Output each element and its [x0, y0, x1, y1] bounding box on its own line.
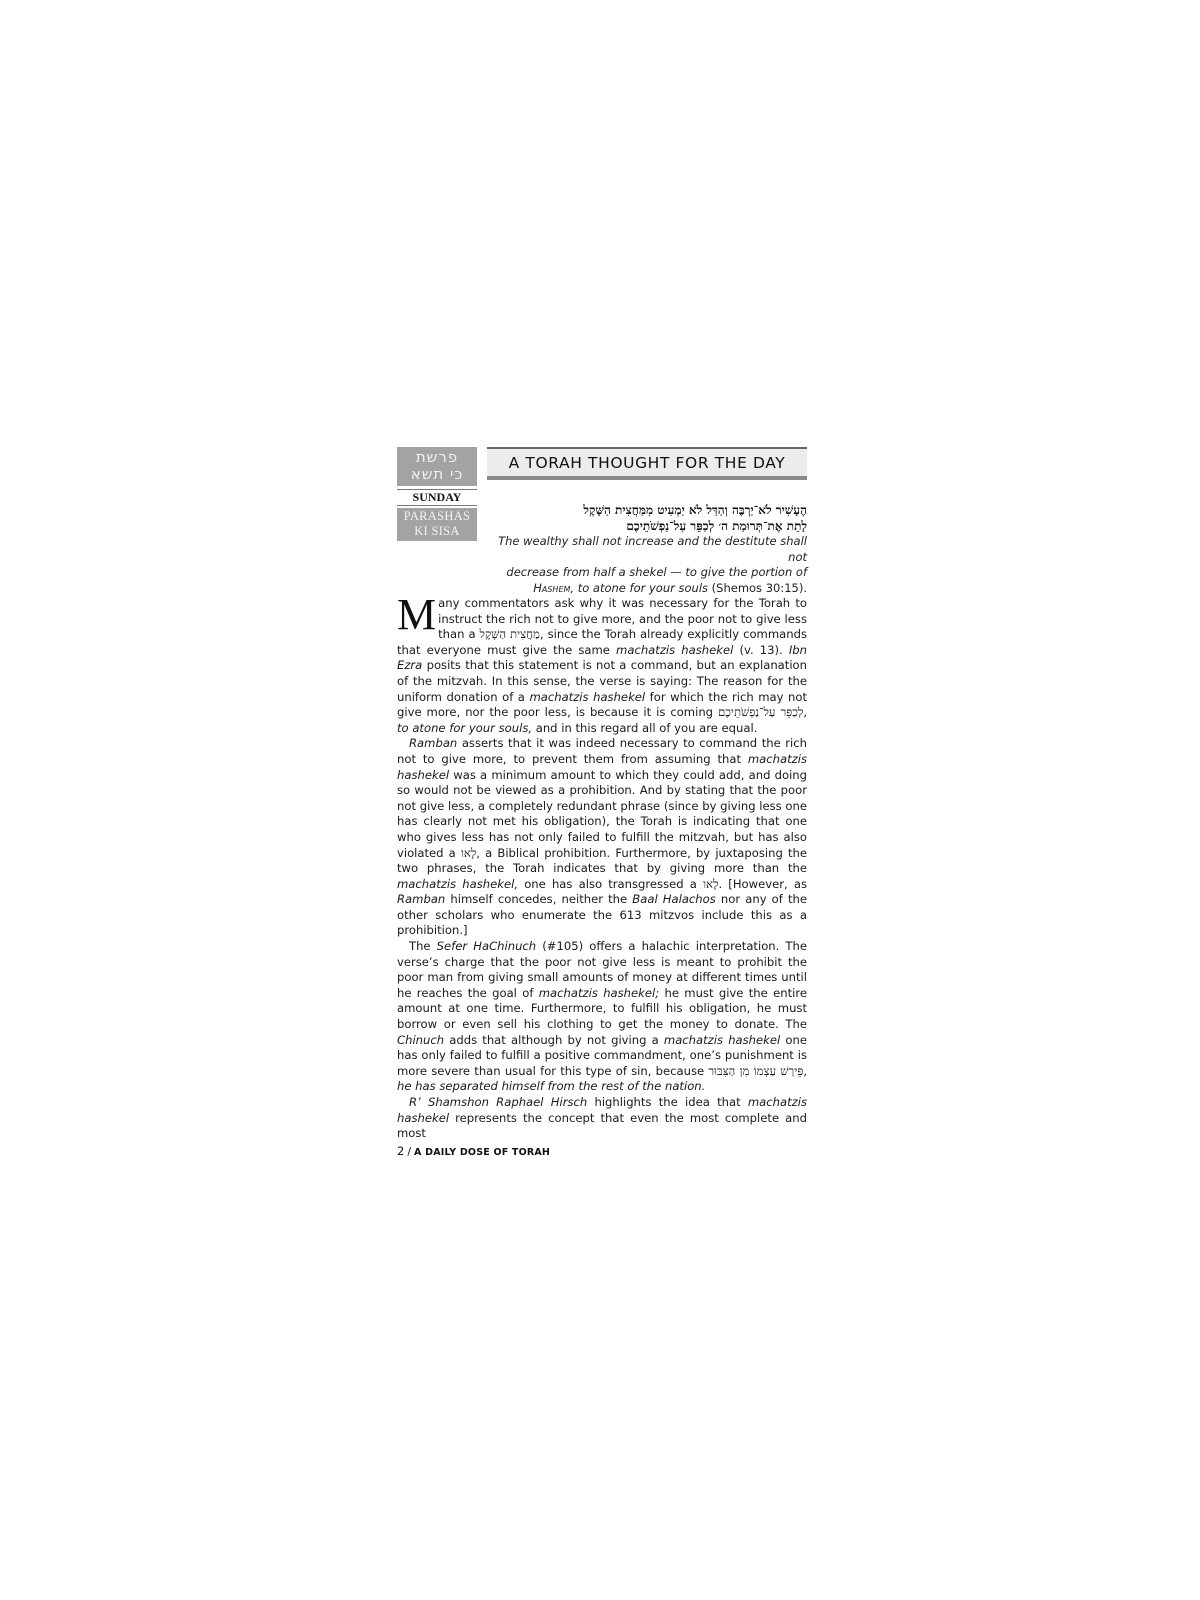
divider	[397, 505, 477, 506]
verse-translation: The wealthy shall not increase and the d…	[487, 534, 807, 596]
page-footer: 2/A DAILY DOSE OF TORAH	[397, 1144, 550, 1158]
section-header: A TORAH THOUGHT FOR THE DAY	[487, 447, 807, 480]
translation-line-1: The wealthy shall not increase and the d…	[487, 534, 807, 565]
hebrew-line-1: פרשת	[397, 449, 477, 466]
text-run: . [However, as	[718, 877, 807, 891]
italic-term: machatzis hashekel	[664, 1033, 780, 1047]
hebrew-phrase: לָאו	[461, 846, 476, 860]
parasha-english-label: PARASHAS KI SISA	[397, 508, 477, 541]
hebrew-phrase: מַחֲצִית הַשָּׁקֶל	[480, 627, 540, 641]
verse-citation: (Shemos 30:15).	[712, 581, 807, 595]
text-run: ,	[803, 705, 807, 719]
verse-block: הֶעָשִׁיר לֹא־יַרְבֶּה וְהַדַּל לֹא יַמְ…	[487, 502, 807, 596]
verse-hebrew-line-2: לָתֵת אֶת־תְּרוּמַת ה׳ לְכַפֵּר עַל־נַפְ…	[487, 518, 807, 534]
italic-term: Baal Halachos	[632, 892, 716, 906]
italic-term: machatzis hashekel,	[397, 877, 518, 891]
text-run: himself concedes, neither the	[445, 892, 632, 906]
text-run: represents the concept that even the mos…	[397, 1111, 807, 1141]
parasha-line-2: KI SISA	[397, 524, 477, 539]
hebrew-phrase: לְכַפֵּר עַל־נַפְשֹׁתֵיכֶם	[718, 705, 803, 719]
italic-term: he has separated himself from the rest o…	[397, 1079, 705, 1093]
paragraph-2: Ramban asserts that it was indeed necess…	[397, 736, 807, 939]
translation-line-3-text: , to atone for your souls	[570, 581, 711, 595]
verse-hebrew-line-1: הֶעָשִׁיר לֹא־יַרְבֶּה וְהַדַּל לֹא יַמְ…	[487, 502, 807, 518]
translation-line-3: Hashem, to atone for your souls (Shemos …	[487, 581, 807, 597]
text-run: and in this regard all of you are equal.	[532, 721, 757, 735]
italic-term: to atone for your souls,	[397, 721, 532, 735]
hebrew-phrase: פֵּירַשׁ עַצְמוֹ מִן הַצִּבּוּר	[708, 1064, 803, 1078]
hashem-word: Hashem	[533, 581, 570, 595]
text-run: adds that although by not giving a	[444, 1033, 664, 1047]
italic-term: R’ Shamshon Raphael Hirsch	[409, 1095, 587, 1109]
italic-term: machatzis hashekel	[529, 690, 645, 704]
footer-separator: /	[407, 1145, 411, 1158]
book-title: A DAILY DOSE OF TORAH	[414, 1147, 550, 1158]
italic-term: Chinuch	[397, 1033, 444, 1047]
hebrew-phrase: לָאו	[703, 877, 718, 891]
hebrew-line-2: כי תשא	[397, 466, 477, 483]
italic-term: machatzis hashekel	[616, 643, 733, 657]
parasha-hebrew-label: פרשת כי תשא	[397, 447, 477, 486]
day-label: SUNDAY	[397, 490, 477, 505]
parasha-side-tab: פרשת כי תשא SUNDAY PARASHAS KI SISA	[397, 447, 477, 541]
text-run: highlights the idea that	[587, 1095, 748, 1109]
drop-cap: M	[397, 598, 436, 632]
italic-term: Sefer HaChinuch	[437, 939, 536, 953]
italic-term: machatzis hashekel;	[539, 986, 659, 1000]
body-text: Many commentators ask why it was necessa…	[397, 596, 807, 1142]
italic-term: Ramban	[397, 892, 445, 906]
text-run: (v. 13).	[733, 643, 789, 657]
text-run: The	[409, 939, 437, 953]
paragraph-4: R’ Shamshon Raphael Hirsch highlights th…	[397, 1095, 807, 1142]
translation-line-2: decrease from half a shekel — to give th…	[487, 565, 807, 581]
paragraph-1: Many commentators ask why it was necessa…	[397, 596, 807, 736]
page-number: 2	[397, 1144, 404, 1158]
text-run: one has also transgressed a	[518, 877, 703, 891]
section-title: A TORAH THOUGHT FOR THE DAY	[487, 449, 807, 476]
parasha-line-1: PARASHAS	[397, 509, 477, 524]
text-run: asserts that it was indeed necessary to …	[397, 736, 807, 766]
paragraph-3: The Sefer HaChinuch (#105) offers a hala…	[397, 939, 807, 1095]
header-bottom-rule	[487, 476, 807, 480]
text-run: ,	[803, 1064, 807, 1078]
italic-term: Ramban	[409, 736, 457, 750]
